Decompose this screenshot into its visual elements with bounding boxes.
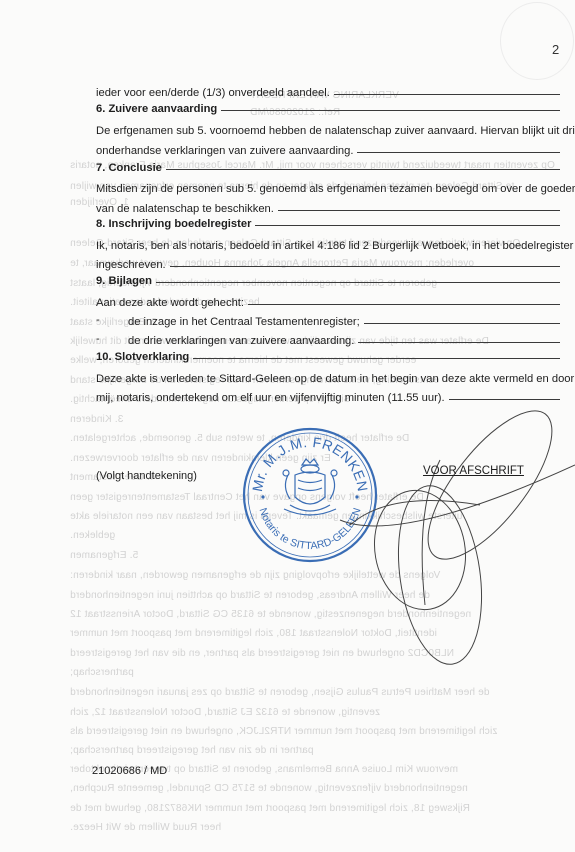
bleed-through-line: heer Ruud Willem de Wit Heeze. [70,822,221,833]
line-text: De erfgenamen sub 5. voornoemd hebben de… [96,125,575,137]
section-heading: 7. Conclusie [96,158,560,174]
reference-number: 21020686 / MD [92,765,167,777]
bleed-through-line: negentienhonderd vijfenzeventig, wonende… [70,783,468,794]
filler-rule [156,282,560,283]
filler-rule [278,210,560,211]
bleed-through-line: 3. Kinderen [70,414,123,425]
signature-icon [330,390,575,690]
bullet-text: de inzage in het Centraal Testamentenreg… [128,316,364,328]
document-page: VERKLARING VAN ERFRECHTRef.: 21020686/MD… [0,0,575,852]
line-text: Mitsdien zijn de personen sub 5. genoemd… [96,183,575,195]
text-line: Ik, notaris, ben als notaris, bedoeld in… [96,236,560,252]
section-heading: 10. Slotverklaring [96,347,560,363]
filler-rule [170,266,560,267]
line-text: Deze akte is verleden te Sittard-Geleen … [96,373,575,385]
filler-rule [358,342,560,343]
bleed-through-line: zeventig, wonende te 6132 EJ Sittard, Do… [70,707,380,718]
page-number: 2 [552,42,559,57]
bullet-marker: - [96,333,100,345]
bleed-through-line: 5. Erfgenamen [70,550,138,561]
heading-text: 10. Slotverklaring [96,351,193,363]
watermark-emblem-icon [500,2,574,80]
bullet-item: de drie verklaringen van zuivere aanvaar… [128,331,560,347]
heading-text: 8. Inschrijving boedelregister [96,218,255,230]
filler-rule [193,358,560,359]
bullet-marker: - [96,314,100,326]
line-text: Ik, notaris, ben als notaris, bedoeld in… [96,240,575,252]
filler-rule [357,152,560,153]
text-line: De erfgenamen sub 5. voornoemd hebben de… [96,121,560,137]
text-line: Aan deze akte wordt gehecht: [96,293,560,309]
bullet-text: de drie verklaringen van zuivere aanvaar… [128,335,358,347]
filler-rule [255,225,560,226]
bullet-item: de inzage in het Centraal Testamentenreg… [128,312,560,328]
filler-rule [364,323,560,324]
section-heading: 8. Inschrijving boedelregister [96,214,560,230]
text-line: Deze akte is verleden te Sittard-Geleen … [96,369,560,385]
text-line: ingeschreven. [96,255,560,271]
text-line: onderhandse verklaringen van zuivere aan… [96,141,560,157]
text-line: ieder voor een/derde (1/3) onverdeeld aa… [96,83,560,99]
filler-rule [166,169,560,170]
line-text: ingeschreven. [96,259,170,271]
line-text: ieder voor een/derde (1/3) onverdeeld aa… [96,87,334,99]
section-heading: 9. Bijlagen [96,271,560,287]
heading-text: 6. Zuivere aanvaarding [96,103,221,115]
bleed-through-line: zich legitimerend met paspoort met numme… [70,726,497,737]
certified-copy-label: VOOR AFSCHRIFT [423,465,524,477]
heading-text: 7. Conclusie [96,162,166,174]
text-line: van de nalatenschap te beschikken. [96,199,560,215]
text-line: Mitsdien zijn de personen sub 5. genoemd… [96,179,560,195]
line-text: Aan deze akte wordt gehecht: [96,297,248,309]
bleed-through-line: Rijksweg 18, zich legitimerend met paspo… [70,803,470,814]
bleed-through-line: partner in de zin van het geregistreerd … [70,745,314,756]
heading-text: 9. Bijlagen [96,275,156,287]
bleed-through-line: partnerschap; [70,667,134,678]
filler-rule [221,110,560,111]
signature-note: (Volgt handtekening) [96,470,197,482]
bleed-through-line: gebleken. [70,530,115,541]
section-heading: 6. Zuivere aanvaarding [96,99,560,115]
filler-rule [334,94,560,95]
filler-rule [248,304,560,305]
line-text: onderhandse verklaringen van zuivere aan… [96,145,357,157]
